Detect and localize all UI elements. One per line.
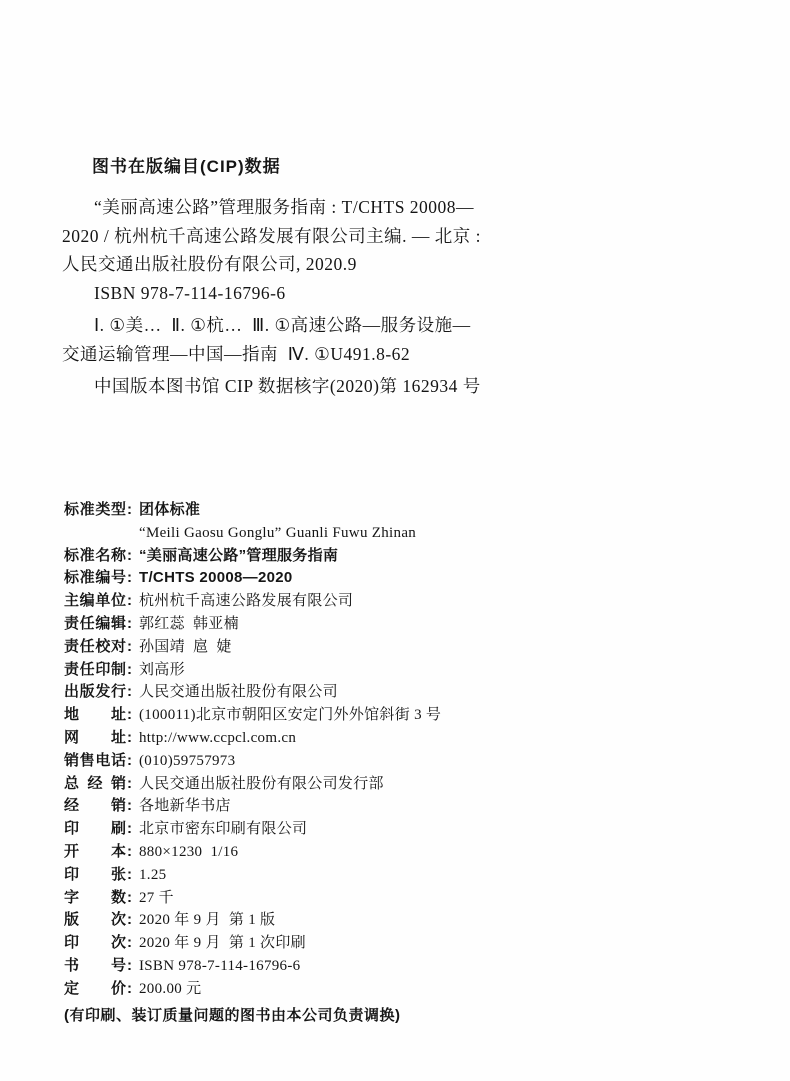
row-colon: : xyxy=(127,841,132,864)
cip-section: 图书在版编目(CIP)数据 “美丽高速公路”管理服务指南 : T/CHTS 20… xyxy=(62,152,722,401)
row-print-supervisor: 责任印制 : 刘高形 xyxy=(64,659,744,682)
row-value: “美丽高速公路”管理服务指南 xyxy=(139,545,338,568)
row-colon: : xyxy=(127,932,132,955)
quality-exchange-note: (有印刷、装订质量问题的图书由本公司负责调换) xyxy=(64,1004,401,1025)
row-label: 销售电话 xyxy=(64,750,126,773)
row-value: T/CHTS 20008—2020 xyxy=(139,567,293,590)
row-value: 刘高形 xyxy=(139,659,185,682)
row-colon: : xyxy=(127,955,132,978)
row-pinyin-title: : “Meili Gaosu Gonglu” Guanli Fuwu Zhina… xyxy=(64,522,744,545)
publication-info-section: 标准类型 : 团体标准 : “Meili Gaosu Gonglu” Guanl… xyxy=(64,499,744,1001)
row-label: 网址 xyxy=(64,727,126,750)
row-colon: : xyxy=(127,636,132,659)
copyright-page: 图书在版编目(CIP)数据 “美丽高速公路”管理服务指南 : T/CHTS 20… xyxy=(0,0,790,1081)
row-colon: : xyxy=(127,613,132,636)
row-edition: 版次 : 2020 年 9 月 第 1 版 xyxy=(64,909,744,932)
cip-classification-line: 交通运输管理—中国—指南 Ⅳ. ①U491.8-62 xyxy=(62,340,722,369)
row-label: 印张 xyxy=(64,864,126,887)
row-value: 各地新华书店 xyxy=(139,795,231,818)
row-general-distributor: 总经销 : 人民交通出版社股份有限公司发行部 xyxy=(64,773,744,796)
row-colon: : xyxy=(127,704,132,727)
row-price: 定价 : 200.00 元 xyxy=(64,978,744,1001)
row-value: 880×1230 1/16 xyxy=(139,841,238,864)
row-value: 27 千 xyxy=(139,887,174,910)
row-value: 北京市密东印刷有限公司 xyxy=(139,818,307,841)
row-label: 主编单位 xyxy=(64,590,126,613)
row-value: 郭红蕊 韩亚楠 xyxy=(139,613,239,636)
row-value: 孙国靖 扈 婕 xyxy=(139,636,232,659)
cip-line: “美丽高速公路”管理服务指南 : T/CHTS 20008— xyxy=(62,193,722,222)
row-website: 网址 : http://www.ccpcl.com.cn xyxy=(64,727,744,750)
row-colon: : xyxy=(127,499,132,522)
row-proofreader: 责任校对 : 孙国靖 扈 婕 xyxy=(64,636,744,659)
row-label: 出版发行 xyxy=(64,681,126,704)
cip-classification-line: Ⅰ. ①美… Ⅱ. ①杭… Ⅲ. ①高速公路—服务设施— xyxy=(62,311,722,340)
row-value: (010)59757973 xyxy=(139,750,235,773)
row-standard-number: 标准编号 : T/CHTS 20008—2020 xyxy=(64,567,744,590)
cip-heading: 图书在版编目(CIP)数据 xyxy=(92,152,722,177)
row-colon: : xyxy=(127,909,132,932)
row-colon: : xyxy=(127,978,132,1001)
row-value: (100011)北京市朝阳区安定门外外馆斜街 3 号 xyxy=(139,704,441,727)
row-value: 人民交通出版社股份有限公司发行部 xyxy=(139,773,384,796)
row-value: “Meili Gaosu Gonglu” Guanli Fuwu Zhinan xyxy=(139,522,416,545)
row-label: 印刷 xyxy=(64,818,126,841)
row-value: 200.00 元 xyxy=(139,978,201,1001)
row-label: 经销 xyxy=(64,795,126,818)
row-label: 印次 xyxy=(64,932,126,955)
row-value: 1.25 xyxy=(139,864,166,887)
row-label: 书号 xyxy=(64,955,126,978)
row-standard-name: 标准名称 : “美丽高速公路”管理服务指南 xyxy=(64,545,744,568)
row-publisher: 出版发行 : 人民交通出版社股份有限公司 xyxy=(64,681,744,704)
row-standard-type: 标准类型 : 团体标准 xyxy=(64,499,744,522)
row-colon: : xyxy=(127,681,132,704)
row-label: 标准名称 xyxy=(64,545,126,568)
cip-line: 2020 / 杭州杭千高速公路发展有限公司主编. — 北京 : xyxy=(62,222,722,251)
cip-record-number-line: 中国版本图书馆 CIP 数据核字(2020)第 162934 号 xyxy=(62,372,722,401)
cip-line: 人民交通出版社股份有限公司, 2020.9 xyxy=(62,250,722,279)
row-label: 责任编辑 xyxy=(64,613,126,636)
row-label: 定价 xyxy=(64,978,126,1001)
row-label: 标准类型 xyxy=(64,499,126,522)
row-label: 责任印制 xyxy=(64,659,126,682)
row-address: 地址 : (100011)北京市朝阳区安定门外外馆斜街 3 号 xyxy=(64,704,744,727)
row-colon: : xyxy=(127,818,132,841)
row-printer: 印刷 : 北京市密东印刷有限公司 xyxy=(64,818,744,841)
row-colon: : xyxy=(127,590,132,613)
cip-isbn-line: ISBN 978-7-114-16796-6 xyxy=(62,279,722,308)
row-value: ISBN 978-7-114-16796-6 xyxy=(139,955,300,978)
row-label: 版次 xyxy=(64,909,126,932)
row-sales-phone: 销售电话 : (010)59757973 xyxy=(64,750,744,773)
row-label: 开本 xyxy=(64,841,126,864)
row-word-count: 字数 : 27 千 xyxy=(64,887,744,910)
row-chief-editor-unit: 主编单位 : 杭州杭千高速公路发展有限公司 xyxy=(64,590,744,613)
row-colon: : xyxy=(127,864,132,887)
row-label: 总经销 xyxy=(64,773,126,796)
row-colon: : xyxy=(127,659,132,682)
row-book-number: 书号 : ISBN 978-7-114-16796-6 xyxy=(64,955,744,978)
row-label: 地址 xyxy=(64,704,126,727)
row-colon: : xyxy=(127,567,132,590)
row-label: 责任校对 xyxy=(64,636,126,659)
row-colon: : xyxy=(127,773,132,796)
row-impression: 印次 : 2020 年 9 月 第 1 次印刷 xyxy=(64,932,744,955)
row-label: 标准编号 xyxy=(64,567,126,590)
row-value: 杭州杭千高速公路发展有限公司 xyxy=(139,590,353,613)
row-colon: : xyxy=(127,750,132,773)
row-format: 开本 : 880×1230 1/16 xyxy=(64,841,744,864)
row-responsible-editor: 责任编辑 : 郭红蕊 韩亚楠 xyxy=(64,613,744,636)
row-colon: : xyxy=(127,887,132,910)
row-value: http://www.ccpcl.com.cn xyxy=(139,727,296,750)
row-value: 团体标准 xyxy=(139,499,200,522)
row-value: 2020 年 9 月 第 1 版 xyxy=(139,909,275,932)
row-value: 2020 年 9 月 第 1 次印刷 xyxy=(139,932,306,955)
row-distributor: 经销 : 各地新华书店 xyxy=(64,795,744,818)
row-colon: : xyxy=(127,545,132,568)
row-value: 人民交通出版社股份有限公司 xyxy=(139,681,338,704)
row-label: 字数 xyxy=(64,887,126,910)
row-colon: : xyxy=(127,727,132,750)
row-printed-sheets: 印张 : 1.25 xyxy=(64,864,744,887)
row-colon: : xyxy=(127,795,132,818)
